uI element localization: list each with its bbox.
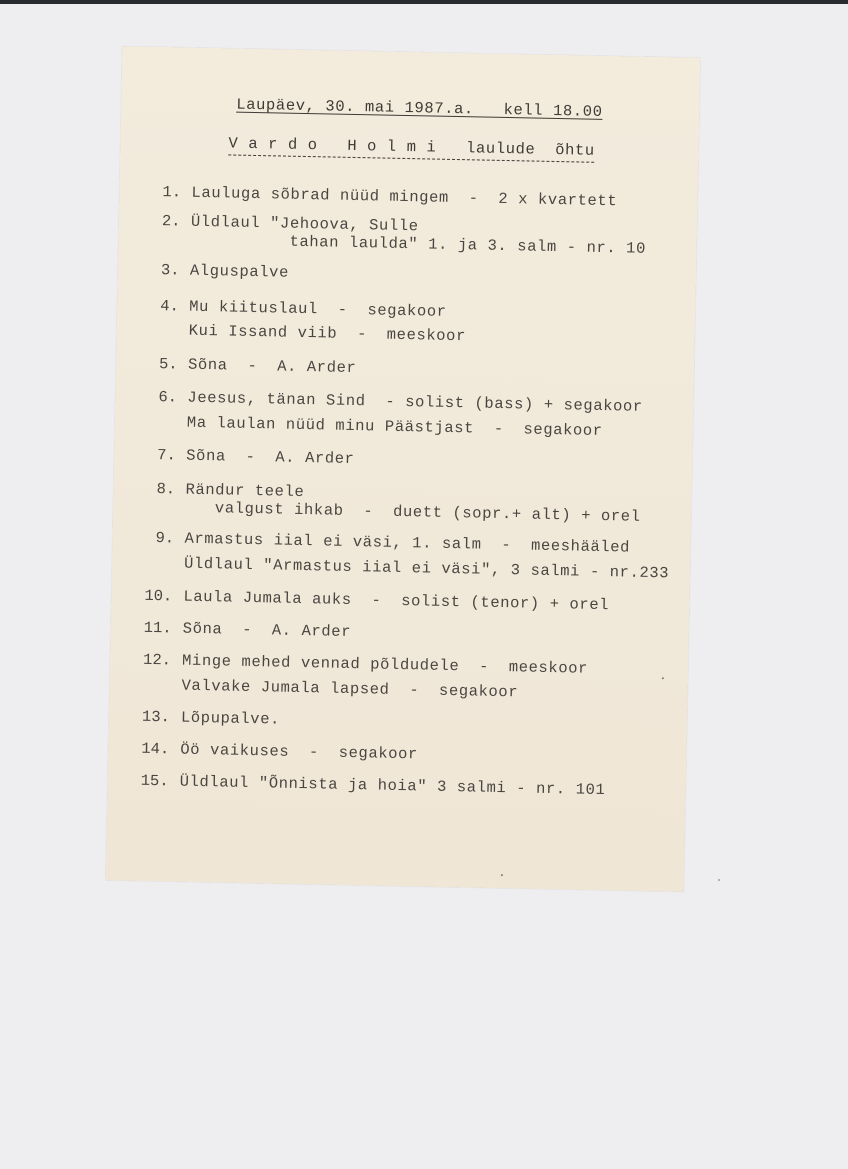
item-text-second: Kui Issand viib - meeskoor	[189, 322, 467, 346]
item-number: 2.	[162, 212, 181, 230]
item-text: Sõna - A. Arder	[183, 620, 352, 641]
item-text: Jeesus, tänan Sind - solist (bass) + seg…	[187, 389, 643, 416]
item-number: 1.	[162, 183, 181, 201]
item-number: 3.	[161, 261, 180, 279]
program-item: 1. Lauluga sõbrad nüüd mingem - 2 x kvar…	[122, 46, 700, 58]
item-number: 10.	[144, 587, 172, 606]
program-item: 13. Lõpupalve.	[122, 46, 700, 58]
program-item: 3. Alguspalve	[122, 46, 700, 58]
item-text: Lauluga sõbrad nüüd mingem - 2 x kvartet…	[191, 184, 617, 211]
item-text-second: Valvake Jumala lapsed - segakoor	[181, 677, 518, 702]
item-text: Armastus iial ei väsi, 1. salm - meeshää…	[184, 530, 630, 557]
event-title: V a r d o H o l m i laulude õhtu	[228, 134, 595, 162]
item-text: Alguspalve	[190, 262, 289, 282]
item-number: 14.	[141, 740, 169, 759]
program-item: 6. Jeesus, tänan Sind - solist (bass) + …	[122, 46, 700, 58]
program-item: 8. Rändur teele valgust ihkab - duett (s…	[122, 46, 700, 58]
item-number: 15.	[141, 772, 169, 791]
item-number: 12.	[143, 651, 171, 670]
scanner-edge	[0, 0, 848, 4]
program-item: 7. Sõna - A. Arder	[122, 46, 700, 58]
item-text: Minge mehed vennad põldudele - meeskoor	[182, 652, 588, 678]
scanned-page: Laupäev, 30. mai 1987.a. kell 18.00 V a …	[0, 0, 848, 1169]
program-item: 10. Laula Jumala auks - solist (tenor) +…	[122, 46, 700, 58]
program-item: 9. Armastus iial ei väsi, 1. salm - mees…	[122, 46, 700, 58]
item-text: Rändur teele	[185, 481, 304, 501]
item-number: 11.	[144, 619, 172, 638]
typewritten-sheet: Laupäev, 30. mai 1987.a. kell 18.00 V a …	[106, 46, 701, 891]
item-number: 4.	[160, 297, 179, 315]
program-item: 14. Öö vaikuses - segakoor	[122, 46, 700, 58]
program-item: 4. Mu kiituslaul - segakoor Kui Issand v…	[122, 46, 700, 58]
program-item: 15. Üldlaul "Õnnista ja hoia" 3 salmi - …	[122, 46, 700, 58]
program-item: 11. Sõna - A. Arder	[122, 46, 700, 58]
item-text: Sõna - A. Arder	[186, 447, 355, 468]
item-number: 8.	[156, 480, 175, 498]
item-text: Öö vaikuses - segakoor	[180, 741, 418, 764]
item-number: 7.	[157, 446, 176, 464]
item-text-second: Ma laulan nüüd minu Päästjast - segakoor	[187, 414, 603, 440]
paper-speck	[662, 677, 664, 679]
item-text: Üldlaul "Õnnista ja hoia" 3 salmi - nr. …	[180, 773, 606, 800]
item-text-continuation: tahan laulda" 1. ja 3. salm - nr. 10	[190, 231, 646, 258]
item-text-second: Üldlaul "Armastus iial ei väsi", 3 salmi…	[184, 555, 669, 583]
date-time-heading: Laupäev, 30. mai 1987.a. kell 18.00	[236, 96, 603, 121]
paper-speck	[501, 874, 503, 876]
scanner-speck	[718, 879, 720, 881]
program-item: 5. Sõna - A. Arder	[122, 46, 700, 58]
item-number: 5.	[159, 355, 178, 373]
item-text: Laula Jumala auks - solist (tenor) + ore…	[183, 588, 609, 615]
program-item: 2. Üldlaul "Jehoova, Sulle tahan laulda"…	[122, 46, 700, 58]
item-number: 13.	[142, 708, 170, 727]
item-text: Sõna - A. Arder	[188, 356, 357, 377]
item-number: 9.	[155, 529, 174, 547]
program-item: 12. Minge mehed vennad põldudele - meesk…	[122, 46, 700, 58]
item-text: Mu kiituslaul - segakoor	[189, 298, 447, 321]
item-number: 6.	[158, 388, 177, 406]
item-text-continuation: valgust ihkab - duett (sopr.+ alt) + ore…	[185, 499, 641, 526]
item-text: Lõpupalve.	[181, 709, 280, 729]
